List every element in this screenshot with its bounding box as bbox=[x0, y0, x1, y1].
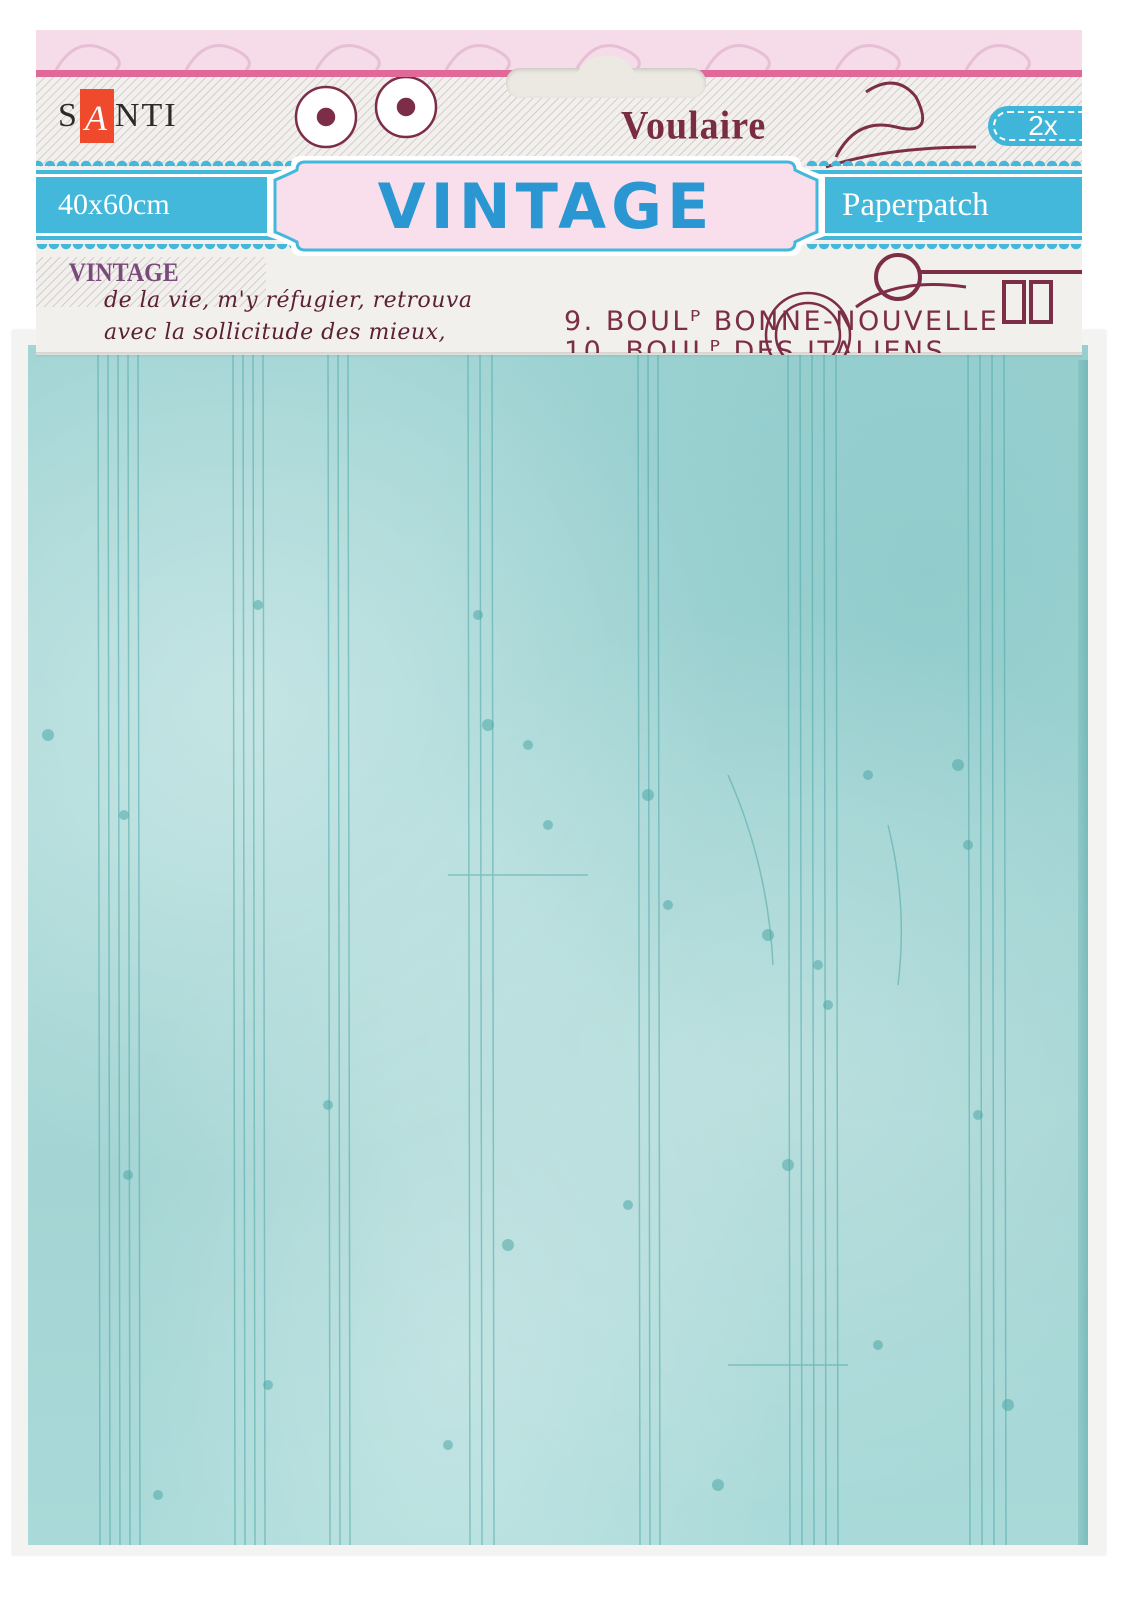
type-band: Paperpatch bbox=[806, 170, 1082, 240]
hang-hole-cutout bbox=[506, 68, 706, 98]
handwriting-line: de la vie, m'y réfugier, retrouva bbox=[104, 288, 472, 313]
band-line bbox=[806, 233, 1082, 236]
brand-letters-end: NTI bbox=[115, 97, 178, 135]
decor-stamp-word: VINTAGE bbox=[69, 258, 179, 288]
header-card: S A NTI Voulaire 2x 40x60cm Paperpatch V… bbox=[36, 30, 1082, 355]
address-line: 9. BOULᴾ BONNE-NOUVELLE bbox=[564, 306, 999, 337]
size-band: 40x60cm bbox=[36, 170, 296, 240]
quantity-text: 2x bbox=[1028, 110, 1058, 142]
damask-pattern-icon bbox=[36, 30, 1082, 70]
teal-paper-sheet bbox=[28, 345, 1088, 1545]
product-title: VINTAGE bbox=[261, 150, 831, 262]
card-shadow bbox=[36, 352, 1082, 358]
decor-script-word: Voulaire bbox=[621, 103, 766, 149]
paper-second-sheet-edge bbox=[1078, 360, 1088, 1545]
band-line bbox=[806, 174, 1082, 177]
brand-letter-highlight: A bbox=[80, 89, 114, 143]
band-line bbox=[36, 174, 296, 177]
band-line bbox=[36, 233, 296, 236]
pink-top-band bbox=[36, 30, 1082, 70]
brand-logo: S A NTI bbox=[58, 84, 178, 148]
music-staff-pattern-icon bbox=[28, 345, 1088, 1545]
title-label: VINTAGE bbox=[261, 150, 831, 262]
size-text: 40x60cm bbox=[58, 188, 170, 222]
handwriting-line: avec la sollicitude des mieux, bbox=[104, 320, 446, 345]
quantity-badge: 2x bbox=[988, 106, 1082, 146]
brand-letters-start: S bbox=[58, 97, 79, 135]
type-text: Paperpatch bbox=[842, 187, 989, 224]
